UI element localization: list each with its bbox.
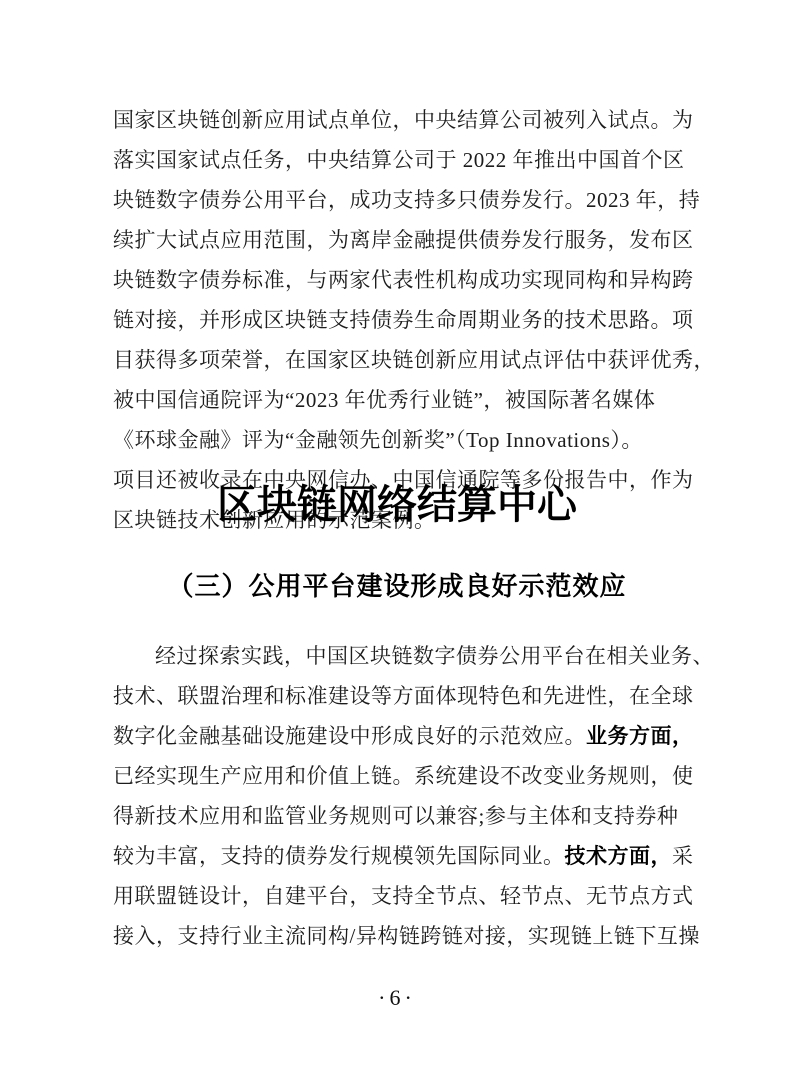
text-segment: 《环球金融》评为“金融领先创新奖”（Top Innovations）。	[113, 428, 643, 452]
text-line: 技术、联盟治理和标准建设等方面体现特色和先进性，在全球	[113, 676, 688, 716]
text-segment: 经过探索实践，中国区块链数字债券公用平台在相关业务、	[155, 644, 714, 668]
overlay-title: 区块链网络结算中心	[0, 483, 794, 527]
text-segment: 接入，支持行业主流同构/异构链跨链对接，实现链上链下互操	[113, 924, 700, 948]
text-line: 较为丰富，支持的债券发行规模领先国际同业。技术方面，采	[113, 836, 688, 876]
paragraph-1: 国家区块链创新应用试点单位，中央结算公司被列入试点。为落实国家试点任务，中央结算…	[113, 100, 688, 540]
text-line: 目获得多项荣誉，在国家区块链创新应用试点评估中获评优秀，	[113, 340, 688, 380]
text-segment: 块链数字债券标准，与两家代表性机构成功实现同构和异构跨	[113, 268, 694, 292]
text-segment: 技术、联盟治理和标准建设等方面体现特色和先进性，在全球	[113, 684, 694, 708]
text-segment: 已经实现生产应用和价值上链。系统建设不改变业务规则，使	[113, 764, 694, 788]
text-line: 用联盟链设计，自建平台，支持全节点、轻节点、无节点方式	[113, 876, 688, 916]
text-segment: 被中国信通院评为“2023 年优秀行业链”，被国际著名媒体	[113, 388, 655, 412]
text-line: 国家区块链创新应用试点单位，中央结算公司被列入试点。为	[113, 100, 688, 140]
bold-text-segment: 业务方面，	[586, 724, 694, 748]
text-line: 得新技术应用和监管业务规则可以兼容;参与主体和支持券种	[113, 796, 688, 836]
paragraph-2: 经过探索实践，中国区块链数字债券公用平台在相关业务、技术、联盟治理和标准建设等方…	[113, 636, 688, 956]
bold-text-segment: 技术方面，	[565, 844, 673, 868]
text-line: 链对接，并形成区块链支持债券生命周期业务的技术思路。项	[113, 300, 688, 340]
section-heading: （三）公用平台建设形成良好示范效应	[0, 566, 794, 606]
text-segment: 数字化金融基础设施建设中形成良好的示范效应。	[113, 724, 586, 748]
text-segment: 链对接，并形成区块链支持债券生命周期业务的技术思路。项	[113, 308, 694, 332]
text-line: 被中国信通院评为“2023 年优秀行业链”，被国际著名媒体	[113, 380, 688, 420]
text-segment: 块链数字债券公用平台，成功支持多只债券发行。2023 年，持	[113, 188, 700, 212]
text-line: 落实国家试点任务，中央结算公司于 2022 年推出中国首个区	[113, 140, 688, 180]
text-segment: 国家区块链创新应用试点单位，中央结算公司被列入试点。为	[113, 108, 694, 132]
text-line: 经过探索实践，中国区块链数字债券公用平台在相关业务、	[113, 636, 688, 676]
text-line: 块链数字债券标准，与两家代表性机构成功实现同构和异构跨	[113, 260, 688, 300]
text-line: 块链数字债券公用平台，成功支持多只债券发行。2023 年，持	[113, 180, 688, 220]
text-segment: 较为丰富，支持的债券发行规模领先国际同业。	[113, 844, 565, 868]
text-segment: 用联盟链设计，自建平台，支持全节点、轻节点、无节点方式	[113, 884, 694, 908]
text-segment: 采	[672, 844, 694, 868]
text-line: 续扩大试点应用范围，为离岸金融提供债券发行服务，发布区	[113, 220, 688, 260]
text-line: 数字化金融基础设施建设中形成良好的示范效应。业务方面，	[113, 716, 688, 756]
document-page: 国家区块链创新应用试点单位，中央结算公司被列入试点。为落实国家试点任务，中央结算…	[0, 0, 794, 1077]
text-segment: 得新技术应用和监管业务规则可以兼容;参与主体和支持券种	[113, 804, 678, 828]
text-segment: 续扩大试点应用范围，为离岸金融提供债券发行服务，发布区	[113, 228, 694, 252]
text-line: 接入，支持行业主流同构/异构链跨链对接，实现链上链下互操	[113, 916, 688, 956]
page-number: ·6·	[0, 984, 794, 1012]
text-line: 《环球金融》评为“金融领先创新奖”（Top Innovations）。	[113, 420, 688, 460]
text-segment: 落实国家试点任务，中央结算公司于 2022 年推出中国首个区	[113, 148, 685, 172]
text-line: 已经实现生产应用和价值上链。系统建设不改变业务规则，使	[113, 756, 688, 796]
text-segment: 目获得多项荣誉，在国家区块链创新应用试点评估中获评优秀，	[113, 348, 715, 372]
